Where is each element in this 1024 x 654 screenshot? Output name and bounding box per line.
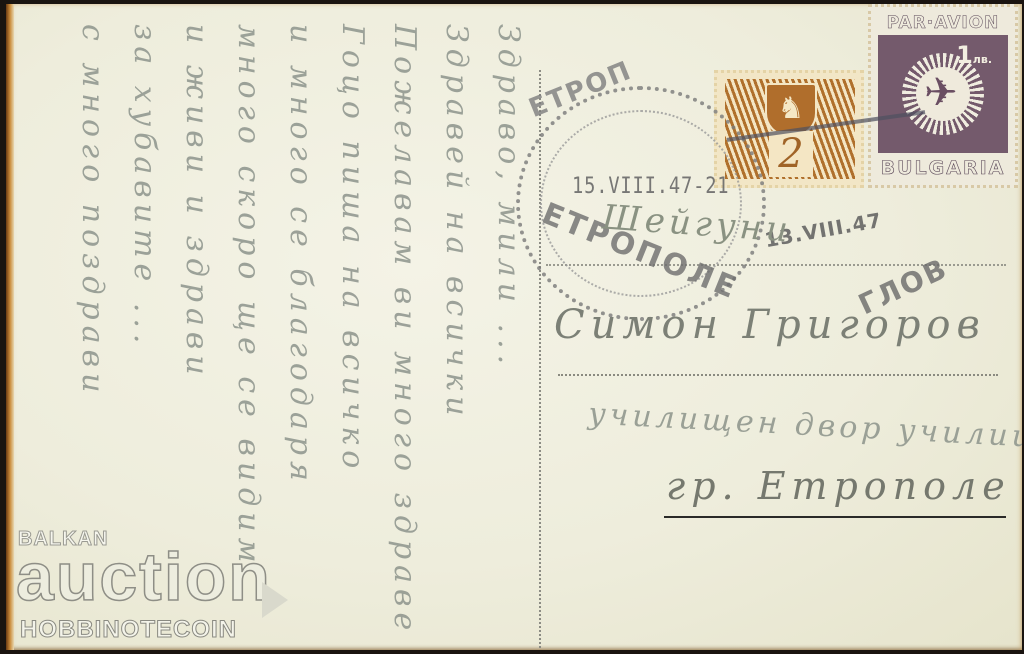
watermark-main: auction — [16, 538, 272, 616]
stamp-country: BULGARIA — [871, 157, 1015, 179]
stamp-value-unit: лв. — [973, 53, 992, 66]
stamp-panel: ✈ 1лв. — [878, 35, 1008, 153]
watermark-bottom: HOBBINOTECOIN — [20, 616, 237, 644]
stamp-value-number: 1 — [956, 41, 973, 69]
address-city: гр. Етрополе — [666, 464, 1011, 508]
message-line: и живи и здрави — [179, 24, 214, 381]
play-icon — [262, 582, 288, 618]
airplane-icon: ✈ — [924, 73, 958, 113]
postmark-date: 15.VIII.47-21 — [572, 174, 729, 199]
stamp-airmail: PAR·AVION ✈ 1лв. BULGARIA — [868, 4, 1018, 188]
message-line: и много се благодаря — [283, 24, 318, 487]
postcard: Здраво, мили ... Здравей на всички Пожел… — [6, 4, 1022, 650]
address-line — [558, 374, 998, 376]
message-line: Пожелавам ви много здраве — [387, 24, 422, 636]
stamp-value: 2 — [769, 131, 813, 177]
address-street: училищен двор училище — [587, 396, 1022, 456]
stamp-value: 1лв. — [956, 41, 992, 69]
stamp-par-avion-text: PAR·AVION — [871, 13, 1015, 33]
address-recipient: Симон Григоров — [554, 302, 986, 348]
message-line: много скоро ще се видим — [231, 24, 266, 568]
message-line: за хубавите ... — [127, 24, 162, 349]
message-line: Здравей на всички — [439, 24, 474, 422]
card-edge — [6, 4, 14, 650]
address-line — [664, 516, 1006, 518]
message-line: Гоцо пиша на всичко — [335, 24, 370, 474]
message-line: с много поздрави — [75, 24, 110, 398]
